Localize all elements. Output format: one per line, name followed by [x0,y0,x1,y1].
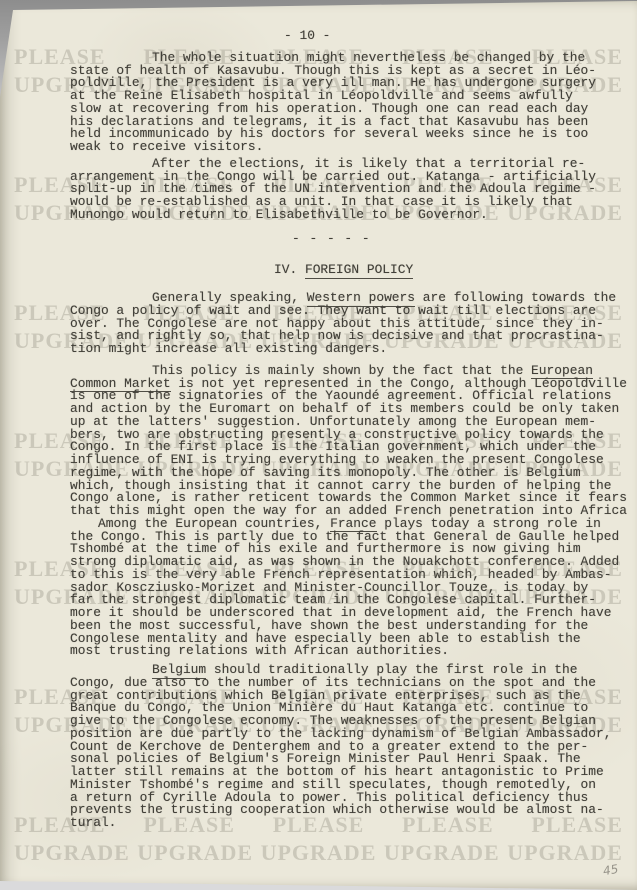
text-segment: most trusting relations with African aut… [70,643,449,658]
text-line: - - - - - [70,233,632,246]
text-line: most trusting relations with African aut… [70,645,632,658]
text-line: tion might increase all existing dangers… [70,343,632,356]
watermark-row: UPGRADEUPGRADEUPGRADEUPGRADEUPGRADE [0,840,637,866]
paragraph: Among the European countries, France pla… [70,518,632,658]
underlined-text: FOREIGN POLICY [305,262,413,279]
text-segment: - - - - - [292,231,371,246]
text-segment: weak to receive visitors. [70,139,263,154]
text-segment: prevents the trusting cooperation which … [70,802,604,817]
text-segment: Munongo would return to Elisabethville t… [70,207,488,222]
document-text-column: - 10 -The whole situation might neverthe… [70,30,632,830]
watermark-word: UPGRADE [137,840,253,866]
text-line: Munongo would return to Elisabethville t… [70,209,632,222]
paragraph: After the elections, it is likely that a… [70,158,632,222]
pencil-annotation: 45 [602,862,619,878]
text-segment: tion might increase all existing dangers… [70,341,387,356]
text-segment: IV. [274,262,305,277]
paragraph: Generally speaking, Western powers are f… [70,292,632,356]
separator-line: - - - - - [70,233,632,246]
page-number-line: - 10 - [70,30,632,43]
text-segment: tural. [70,815,116,830]
text-line: - 10 - [70,30,632,43]
paragraph: The whole situation might nevertheless b… [70,52,632,154]
paragraph: This policy is mainly shown by the fact … [70,365,632,518]
paragraph: Belgium should traditionally play the fi… [70,664,632,830]
text-line: weak to receive visitors. [70,141,632,154]
scan-background: { "page": { "paper_color": "#ebe8da", "b… [0,0,637,890]
watermark-word: UPGRADE [507,840,623,866]
watermark-word: UPGRADE [261,840,377,866]
watermark-word: UPGRADE [14,840,130,866]
watermark-word: UPGRADE [384,840,500,866]
text-line: tural. [70,817,632,830]
text-line: IV. FOREIGN POLICY [70,264,632,277]
text-segment: - 10 - [284,28,330,43]
document-page: PLEASEPLEASEPLEASEPLEASEPLEASEUPGRADEUPG… [0,0,637,890]
text-line: prevents the trusting cooperation which … [70,804,632,817]
section-heading: IV. FOREIGN POLICY [70,264,632,277]
